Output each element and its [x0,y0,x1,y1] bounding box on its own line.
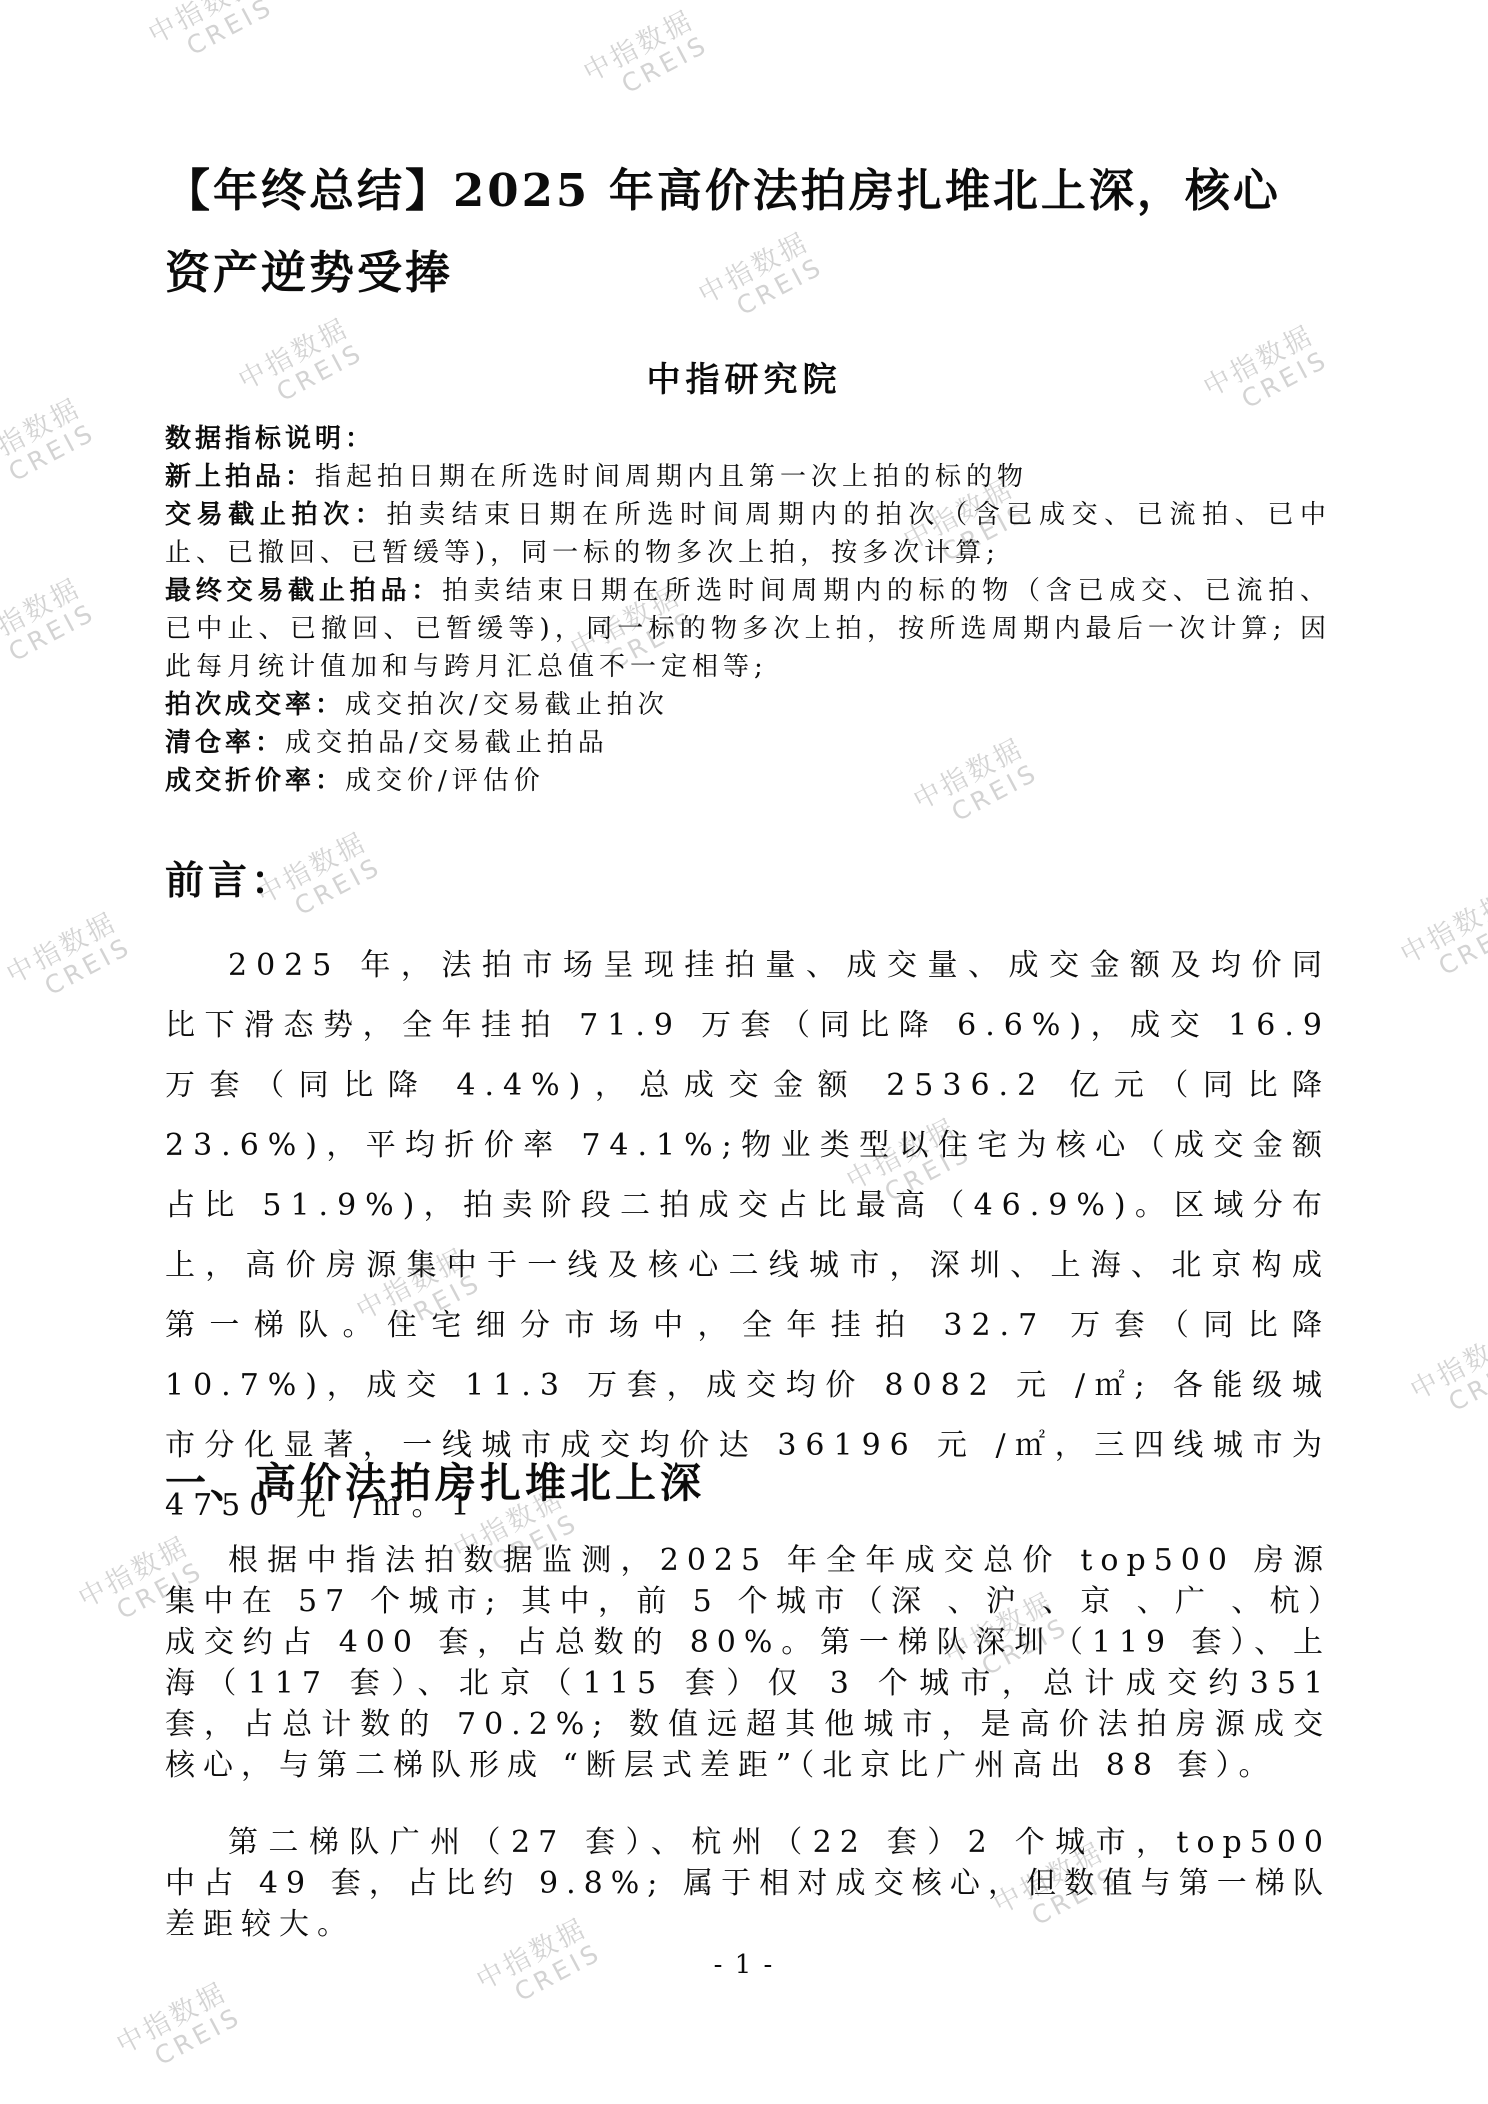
definition-term: 清仓率： [165,728,285,758]
definition-text: 指起拍日期在所选时间周期内且第一次上拍的标的物 [315,462,1028,492]
definition-text: 成交拍次/交易截止拍次 [345,690,669,720]
definition-term: 最终交易截止拍品： [165,576,442,606]
document-page: 中指数据CREIS中指数据CREIS中指数据CREIS中指数据CREIS中指数据… [0,0,1488,2104]
title-line-1: 【年终总结】2025 年高价法拍房扎堆北上深，核心 [165,150,1335,232]
definition-item-discount-rate: 成交折价率：成交价/评估价 [165,762,1331,800]
definition-term: 成交折价率： [165,766,345,796]
document-title: 【年终总结】2025 年高价法拍房扎堆北上深，核心 资产逆势受捧 [165,150,1335,314]
definition-text: 成交拍品/交易截止拍品 [285,728,609,758]
document-content: 【年终总结】2025 年高价法拍房扎堆北上深，核心 资产逆势受捧 中指研究院 数… [0,0,1488,2104]
definition-term: 交易截止拍次： [165,500,386,530]
definition-item-clearance-rate: 清仓率：成交拍品/交易截止拍品 [165,724,1331,762]
author-line: 中指研究院 [0,352,1488,401]
definition-term: 拍次成交率： [165,690,345,720]
definition-item-new-listing: 新上拍品：指起拍日期在所选时间周期内且第一次上拍的标的物 [165,458,1331,496]
section1-paragraph-1: 根据中指法拍数据监测，2025 年全年成交总价 top500 房源集中在 57 … [165,1540,1331,1786]
title-line-2: 资产逆势受捧 [165,232,1335,314]
page-number: - 1 - [0,1950,1488,1980]
definition-text: 成交价/评估价 [345,766,545,796]
definitions-section: 数据指标说明： 新上拍品：指起拍日期在所选时间周期内且第一次上拍的标的物 交易截… [165,420,1331,800]
section1-paragraph-2: 第二梯队广州（27 套）、杭州（22 套）2 个城市，top500 中占 49 … [165,1822,1331,1945]
preface-paragraph: 2025 年，法拍市场呈现挂拍量、成交量、成交金额及均价同比下滑态势，全年挂拍 … [165,936,1331,1536]
definition-term: 新上拍品： [165,462,315,492]
definitions-heading-text: 数据指标说明： [165,424,375,454]
definition-item-auction-success-rate: 拍次成交率：成交拍次/交易截止拍次 [165,686,1331,724]
definitions-heading: 数据指标说明： [165,420,1331,458]
section1-heading: 一、高价法拍房扎堆北上深 [165,1450,705,1509]
preface-heading: 前言： [165,850,294,906]
definition-item-final-deadline-lot: 最终交易截止拍品：拍卖结束日期在所选时间周期内的标的物（含已成交、已流拍、已中止… [165,572,1331,686]
definition-item-deadline-auction: 交易截止拍次：拍卖结束日期在所选时间周期内的拍次（含已成交、已流拍、已中止、已撤… [165,496,1331,572]
